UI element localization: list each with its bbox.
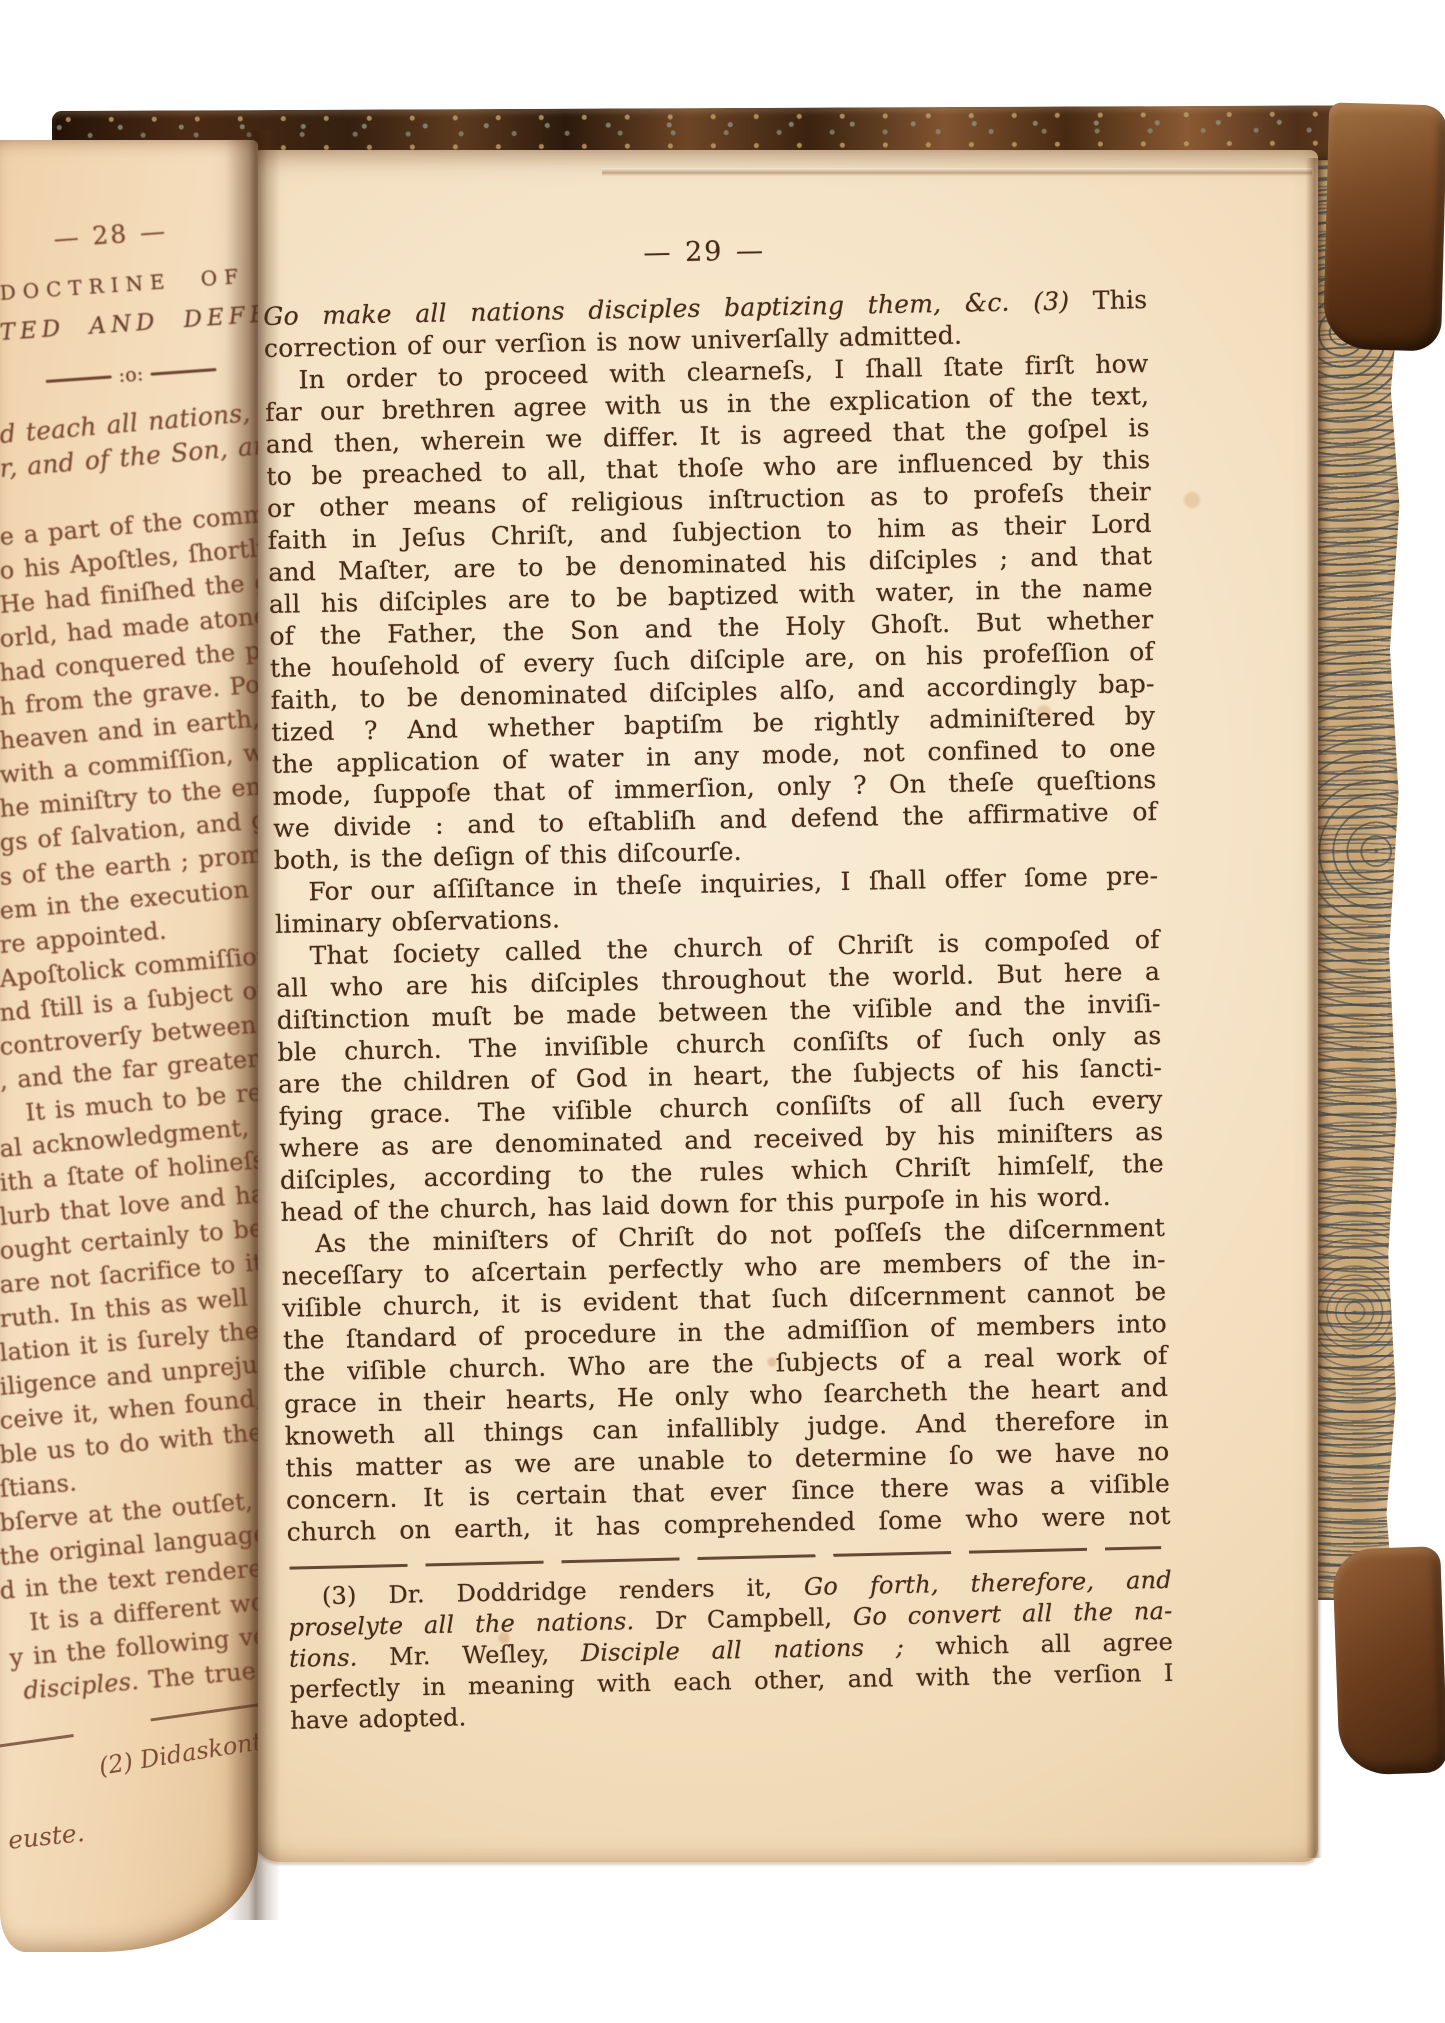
pgnum28: — 28 — (0, 197, 258, 260)
marbled-fore-edge (1316, 160, 1402, 1600)
left-footnote-fragment: (2) Didaskontes (97, 1723, 258, 1781)
left-page: — 28 —DOCTRINE OF HOUSEHOLD BTED AND DEF… (0, 140, 258, 1952)
text-segment: Dr Campbell, (655, 1603, 853, 1635)
footnote-rule (289, 1546, 1161, 1570)
text-segment: disciples. (22, 1667, 140, 1705)
page-edge-crevice (1306, 158, 1322, 1858)
text-segment: Go forth, therefore, and (804, 1566, 1172, 1601)
text-segment: This (1093, 285, 1148, 315)
text-segment: Go convert all the na- (853, 1597, 1173, 1631)
right-page: — 29 — Go make all nations disciples bap… (252, 150, 1318, 1862)
right-page-text: — 29 — Go make all nations disciples bap… (262, 228, 1174, 1737)
text-segment: proselyte all the nations. (288, 1607, 655, 1642)
orn: :o: (45, 338, 258, 398)
leather-corner-top-right (1323, 102, 1445, 351)
book-photo: — 28 —DOCTRINE OF HOUSEHOLD BTED AND DEF… (0, 0, 1445, 2023)
underlying-page-edges (602, 168, 1312, 176)
page-number: — 29 — (262, 228, 1146, 277)
text-segment: Disciple all nations ; (581, 1632, 936, 1667)
footnote-text: (3) Dr. Doddridge renders it, Go forth, … (288, 1565, 1175, 1737)
leather-corner-bottom-right (1332, 1546, 1445, 1776)
text-segment: which all agree (935, 1628, 1173, 1661)
left-footnote-rule-fragment (0, 1734, 74, 1749)
text-segment: Mr. Weſley, (389, 1639, 581, 1671)
text-segment: tions. (289, 1643, 389, 1673)
body-text: Go make all nations disciples baptizing … (263, 284, 1171, 1549)
left-footnote-fragment: euste. (7, 1818, 86, 1855)
left-page-text: — 28 —DOCTRINE OF HOUSEHOLD BTED AND DEF… (0, 140, 258, 1710)
